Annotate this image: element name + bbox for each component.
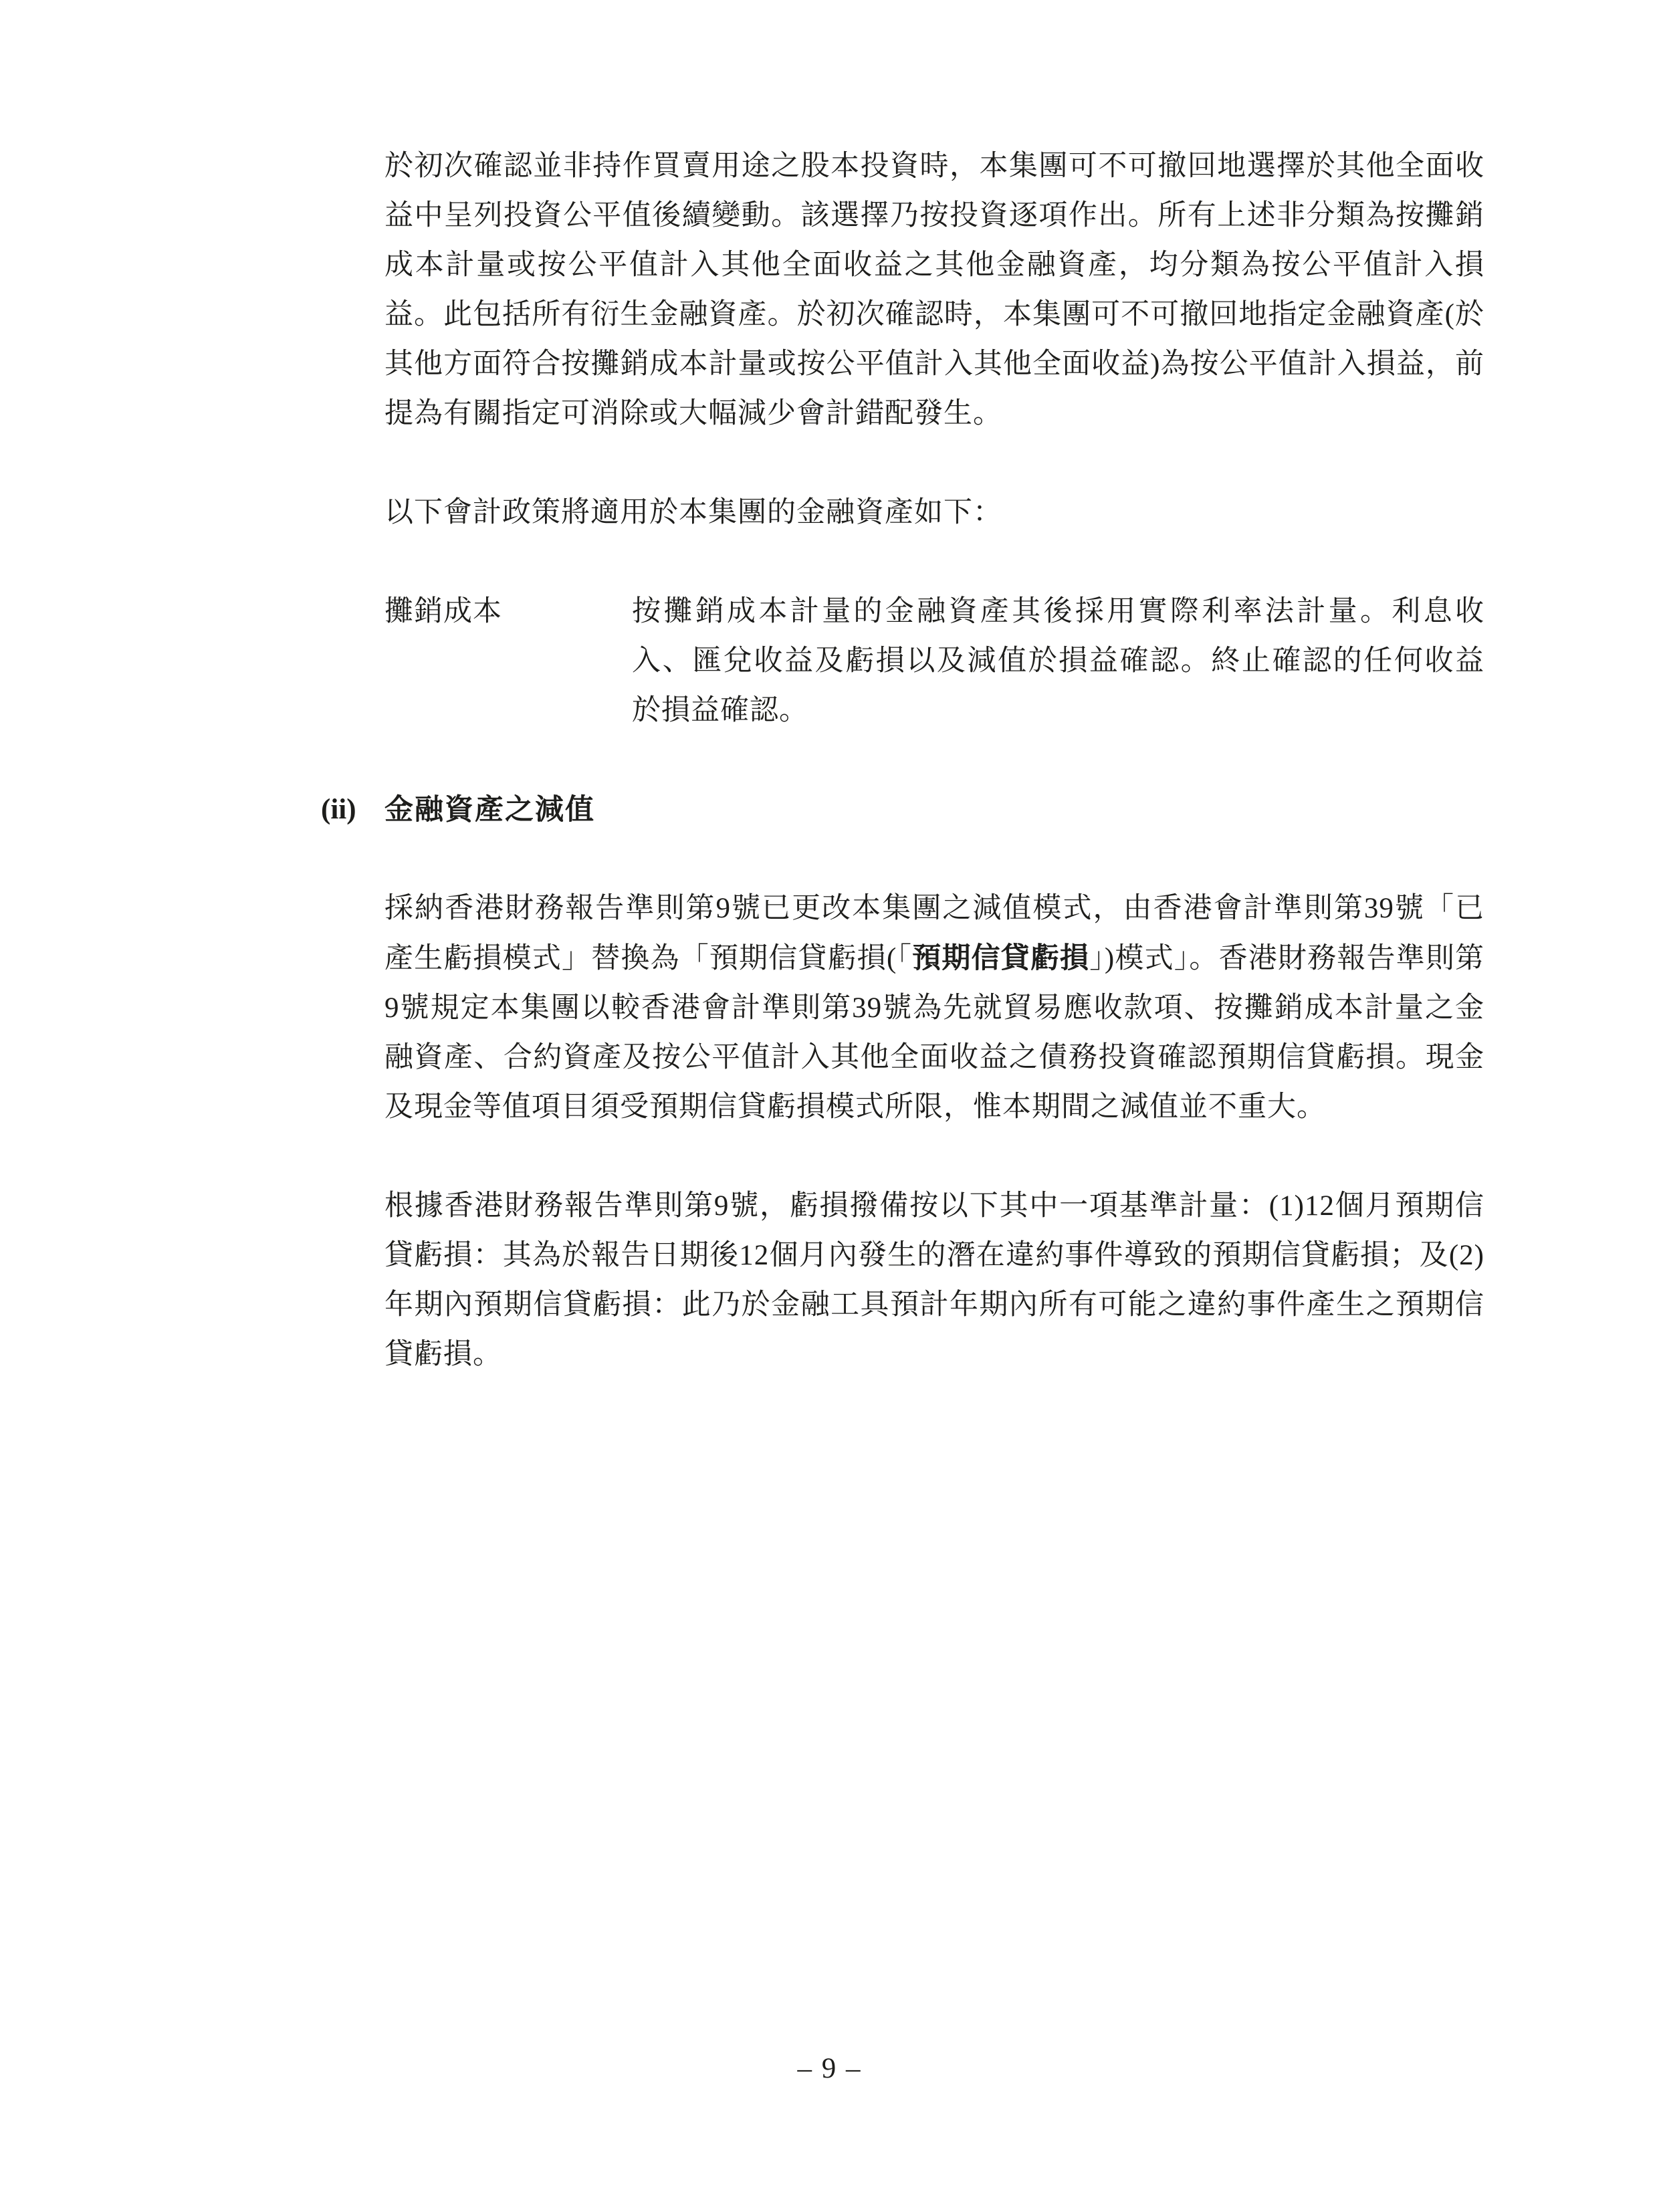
section-heading-marker: (ii) [321, 785, 384, 835]
paragraph-loss-allowance-bases: 根據香港財務報告準則第9號，虧損撥備按以下其中一項基準計量：(1)12個月預期信… [384, 1182, 1484, 1379]
definition-description: 按攤銷成本計量的金融資產其後採用實際利率法計量。利息收入、匯兌收益及虧損以及減值… [632, 587, 1484, 736]
section-heading-title: 金融資產之減值 [384, 785, 595, 835]
document-page: 於初次確認並非持作買賣用途之股本投資時，本集團可不可撤回地選擇於其他全面收益中呈… [0, 0, 1659, 2212]
paragraph-ecl-model-bold-term: 預期信貸虧損 [912, 942, 1089, 974]
accounting-policy-intro-line: 以下會計政策將適用於本集團的金融資產如下： [384, 488, 1484, 538]
section-heading-impairment: (ii) 金融資產之減值 [321, 785, 1484, 835]
page-number: – 9 – [0, 2054, 1659, 2083]
paragraph-financial-asset-designation: 於初次確認並非持作買賣用途之股本投資時，本集團可不可撤回地選擇於其他全面收益中呈… [384, 142, 1484, 439]
document-body: 於初次確認並非持作買賣用途之股本投資時，本集團可不可撤回地選擇於其他全面收益中呈… [384, 142, 1484, 1429]
definition-amortised-cost: 攤銷成本 按攤銷成本計量的金融資產其後採用實際利率法計量。利息收入、匯兌收益及虧… [384, 587, 1484, 736]
definition-term: 攤銷成本 [384, 587, 632, 637]
paragraph-ecl-model: 採納香港財務報告準則第9號已更改本集團之減值模式，由香港會計準則第39號「已產生… [384, 884, 1484, 1132]
